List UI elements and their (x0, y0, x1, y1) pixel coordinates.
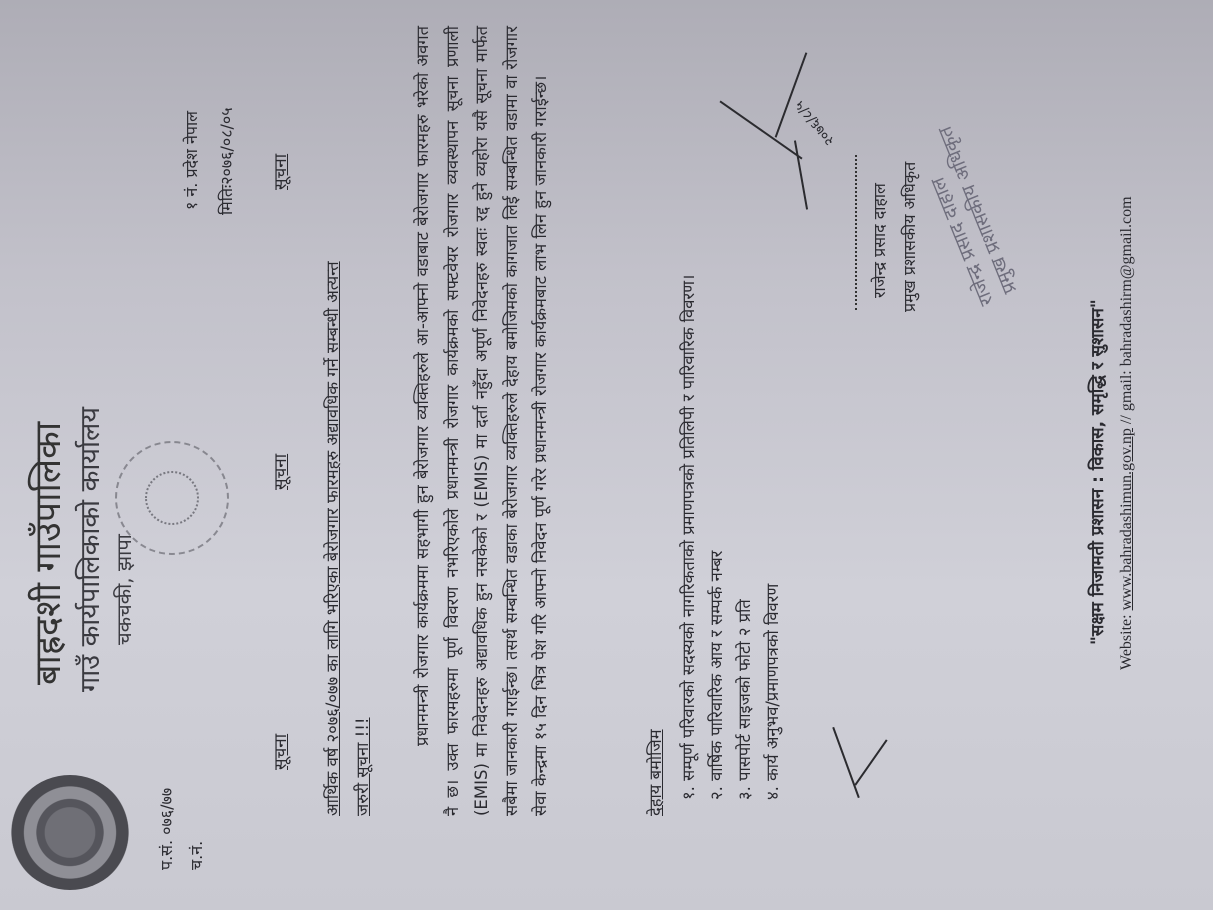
requirements-heading: देहाय बमोजिम (643, 729, 666, 816)
notice-document: बाह्रदशी गाउँपालिका गाउँ कार्यपालिकाको क… (0, 0, 1213, 910)
notice-label-center: सूचना (268, 454, 291, 490)
signatory-name: राजेन्द्र प्रसाद दाहाल (868, 183, 890, 298)
footer-slogan: "सक्षम निजामती प्रशासन : विकास, समृद्धि … (1085, 299, 1108, 645)
office-location: चकचकी, झापा (110, 534, 137, 645)
reference-number: प.सं. ०७६/७७ (155, 788, 177, 870)
signature-date: २०७६/८/५ (790, 97, 839, 150)
dispatch-number: च.नं. (185, 841, 207, 870)
requirement-item: २. वार्षिक पारिवारिक आय र सम्पर्क नम्बर (703, 275, 731, 800)
province-label: १ नं. प्रदेश नेपाल (180, 111, 202, 210)
requirements-list: १. सम्पूर्ण परिवारको सदस्यको नागरिकताको … (675, 275, 787, 800)
footer-contact: Website: www.bahradashimun.gov.np // gma… (1118, 196, 1136, 670)
notice-date: मितिः२०७६/०८/०५ (215, 107, 237, 215)
notice-label-right: सूचना (268, 154, 291, 190)
office-stamp-icon (115, 441, 229, 555)
footer-separator: // (1118, 415, 1135, 424)
nepal-emblem-icon (10, 775, 130, 890)
gmail-label: gmail: (1118, 370, 1135, 411)
requirement-item: ३. पासपोर्ट साइजको फोटो २ प्रति (731, 275, 759, 800)
signatory-designation: प्रमुख प्रशासकीय अधिकृत (898, 162, 920, 312)
subject-line-1: आर्थिक वर्ष २०७६/०७७ का लागि भरिएका बेरो… (320, 261, 343, 816)
notice-label-left: सूचना (268, 734, 291, 770)
subject-line-2: जरुरी सूचना !!! (350, 717, 373, 816)
gmail-address[interactable]: bahradashirm@gmail.com (1118, 196, 1135, 366)
website-label: Website: (1118, 614, 1135, 670)
website-link[interactable]: www.bahradashimun.gov.np (1118, 428, 1135, 610)
notice-body: प्रधानमन्त्री रोजगार कार्यक्रममा सहभागी … (408, 26, 556, 816)
signature-line (855, 155, 857, 310)
municipality-name: बाह्रदशी गाउँपालिका (22, 422, 71, 685)
requirement-item: १. सम्पूर्ण परिवारको सदस्यको नागरिकताको … (675, 275, 703, 800)
office-name: गाउँ कार्यपालिकाको कार्यालय (70, 407, 107, 692)
requirement-item: ४. कार्य अनुभव/प्रमाणपत्रको विवरण (759, 275, 787, 800)
